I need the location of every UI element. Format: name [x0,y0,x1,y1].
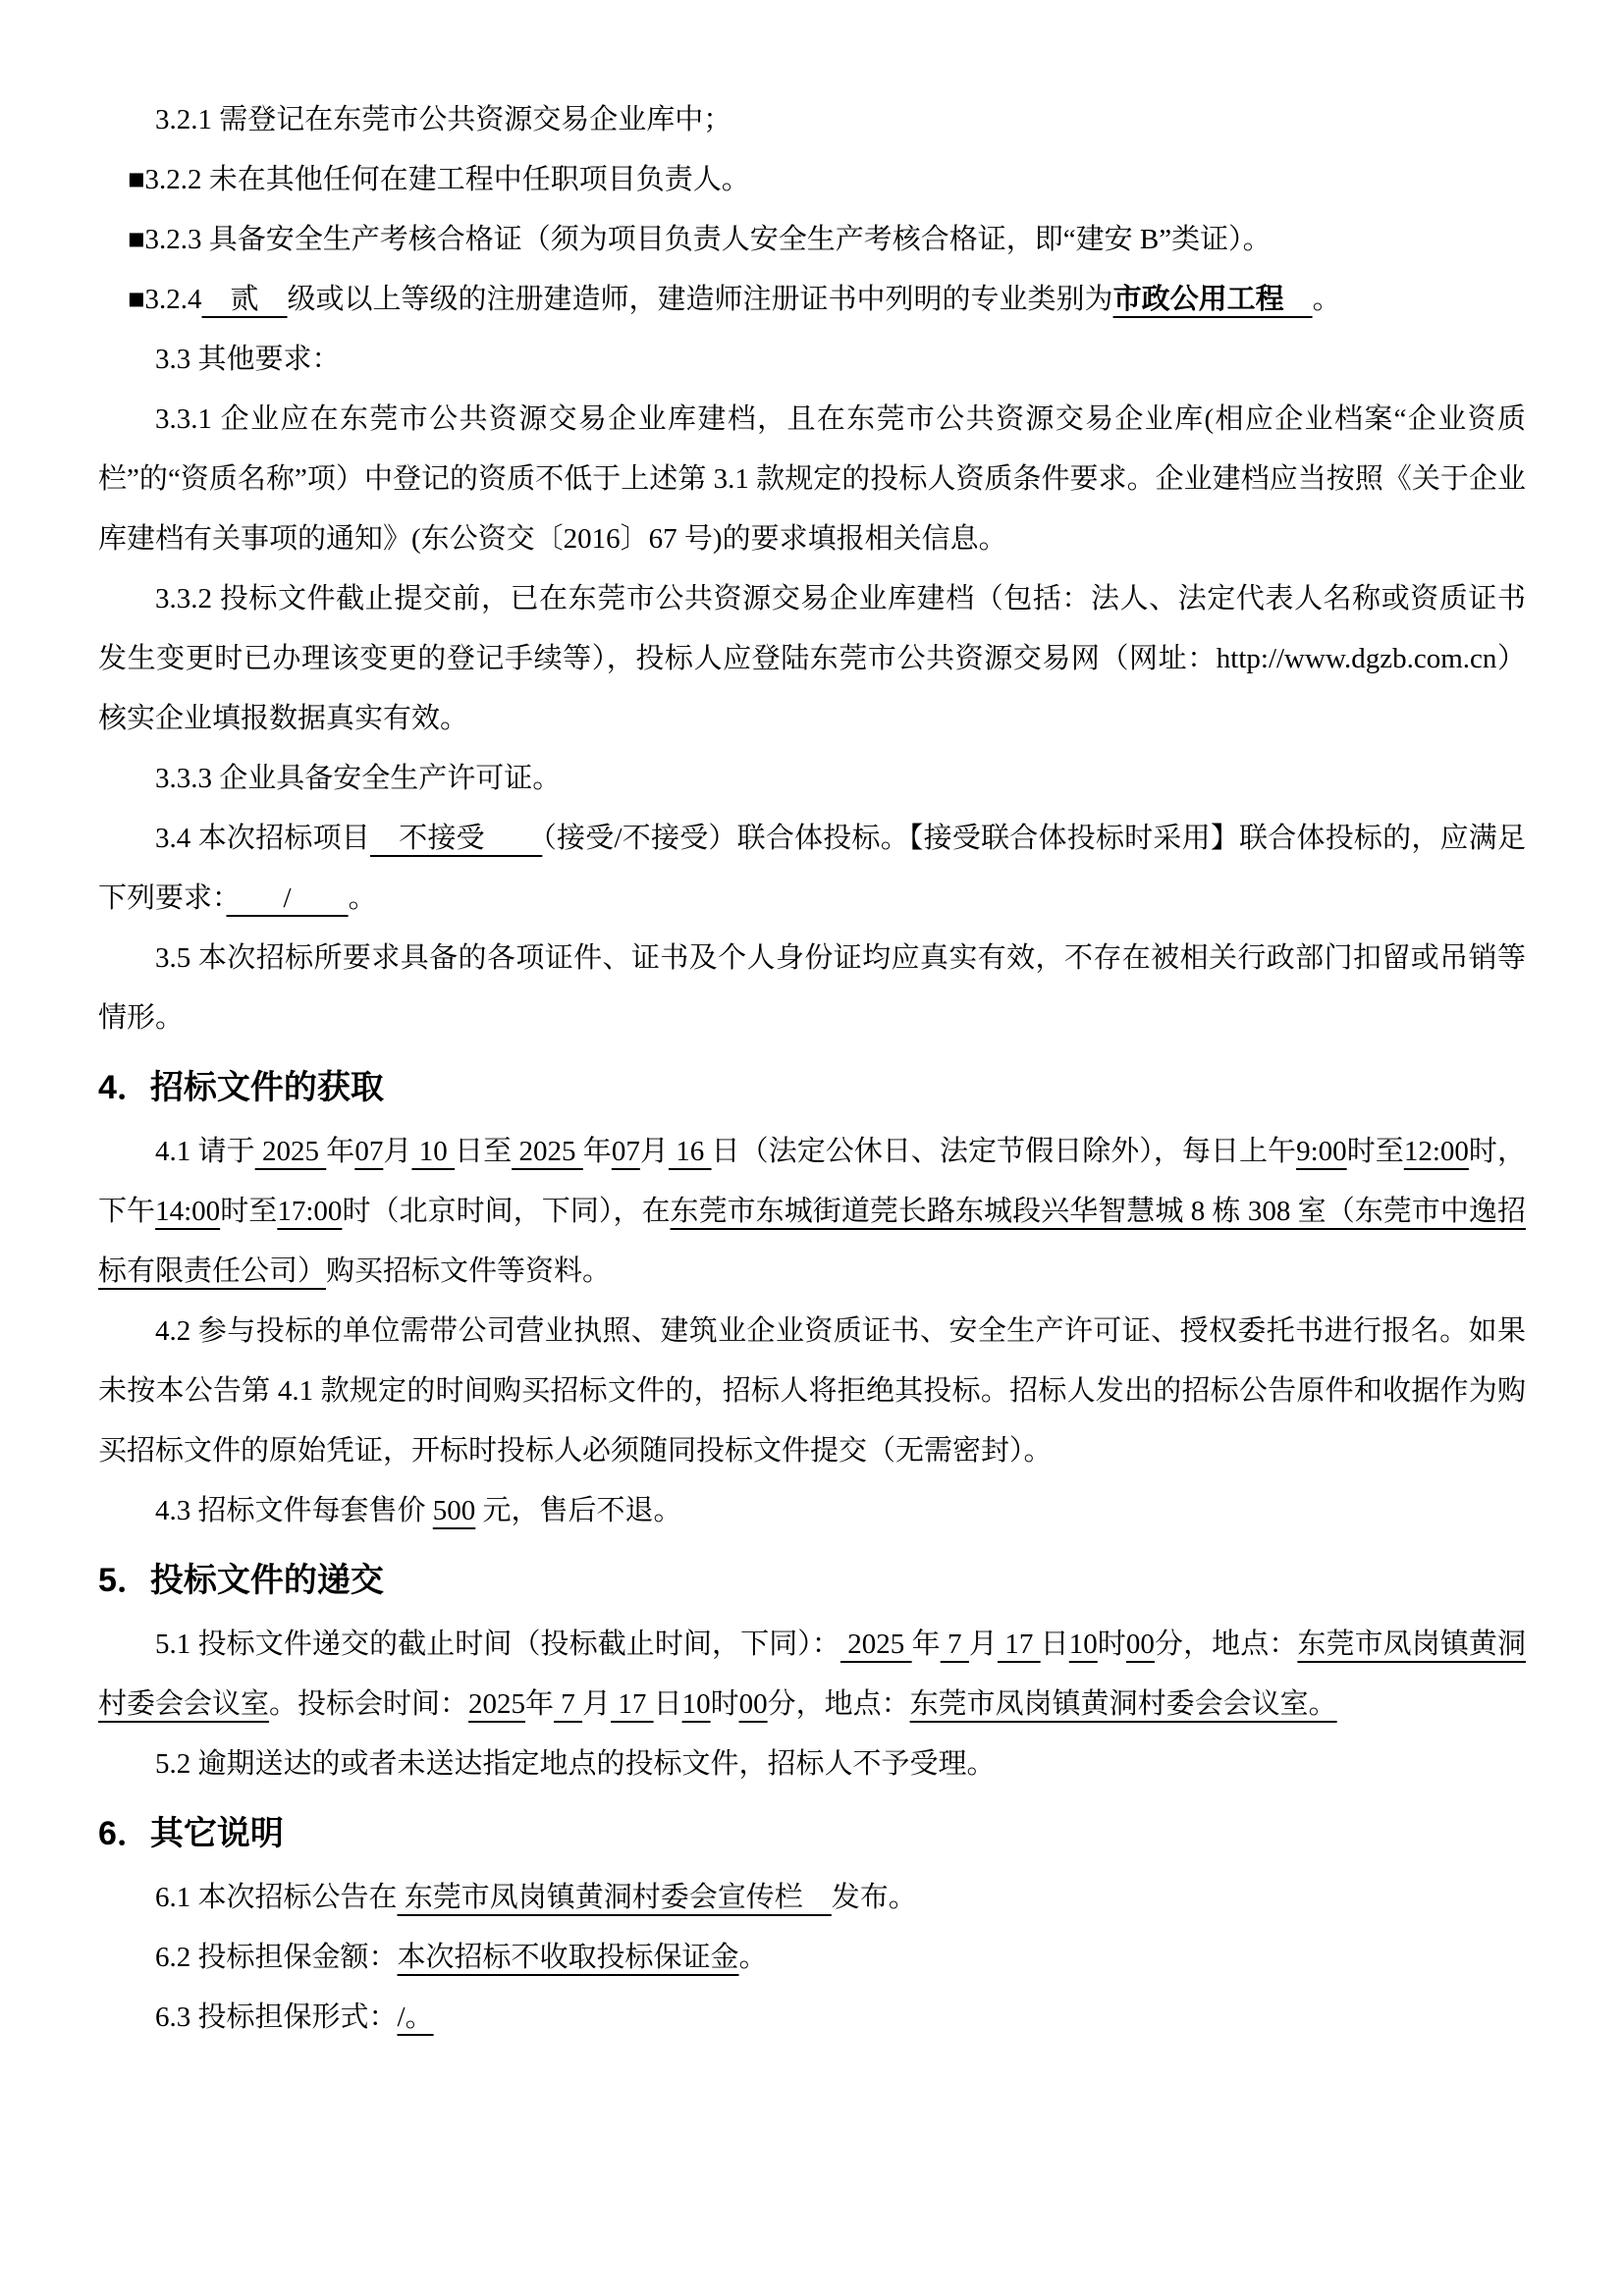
clause-5-2: 5.2 逾期送达的或者未送达指定地点的投标文件，招标人不予受理。 [98,1735,1526,1794]
clause-4-1: 4.1 请于 2025 年07月 10 日至 2025 年07月 16 日（法定… [98,1122,1526,1302]
deadline-month-blank: 7 [941,1629,969,1660]
text-run: 发布。 [832,1882,917,1913]
text-run: 时至 [220,1196,277,1227]
clause-3-2-1: 3.2.1 需登记在东莞市公共资源交易企业库中； [98,90,1526,150]
meeting-month-blank: 7 [554,1688,582,1720]
text-run: ■3.2.4 [128,284,202,315]
heading-text: 5．投标文件的递交 [98,1562,384,1599]
am-end-time-blank: 12:00 [1404,1136,1469,1167]
start-day-blank: 10 [411,1136,455,1167]
clause-6-2: 6.2 投标担保金额：本次招标不收取投标保证金。 [98,1928,1526,1988]
text-run: 3.3.1 企业应在东莞市公共资源交易企业库建档，且在东莞市公共资源交易企业库(… [98,403,1526,555]
specialty-blank: 市政公用工程 [1113,284,1313,315]
text-run: ■3.2.3 具备安全生产考核合格证（须为项目负责人安全生产考核合格证，即“建安… [128,224,1272,255]
clause-3-5: 3.5 本次招标所要求具备的各项证件、证书及个人身份证均应真实有效，不存在被相关… [98,929,1526,1048]
text-run: 3.3 其他要求： [155,344,341,375]
section-heading-5: 5．投标文件的递交 [98,1551,1526,1611]
clause-3-2-3: ■3.2.3 具备安全生产考核合格证（须为项目负责人安全生产考核合格证，即“建安… [98,210,1526,270]
text-run: 5.2 逾期送达的或者未送达指定地点的投标文件，招标人不予受理。 [155,1748,996,1780]
text-run: 日 [1041,1629,1069,1660]
deadline-day-blank: 17 [998,1629,1041,1660]
text-run: 年 [583,1136,612,1167]
end-day-blank: 16 [669,1136,712,1167]
text-run: 时至 [1347,1136,1404,1167]
pm-start-time-blank: 14:00 [155,1196,220,1227]
bid-bond-form-blank: /。 [398,2002,434,2033]
text-run: 时 [1098,1629,1126,1660]
text-run: 月 [383,1136,411,1167]
text-run: 3.4 本次招标项目 [155,823,370,854]
heading-text: 6．其它说明 [98,1815,284,1852]
end-year-blank: 2025 [512,1136,583,1167]
start-year-blank: 2025 [255,1136,327,1167]
text-run: 年 [525,1688,554,1720]
text-run: 。 [739,1942,768,1973]
text-run: 月 [969,1629,998,1660]
text-run: 购买招标文件等资料。 [326,1255,611,1287]
document-page: 3.2.1 需登记在东莞市公共资源交易企业库中； ■3.2.2 未在其他任何在建… [0,0,1624,2296]
text-run: 5.1 投标文件递交的截止时间（投标截止时间，下同）： [155,1629,840,1660]
section-heading-4: 4．招标文件的获取 [98,1058,1526,1118]
clause-5-1: 5.1 投标文件递交的截止时间（投标截止时间，下同）： 2025 年 7 月 1… [98,1615,1526,1735]
text-run: 4.3 招标文件每套售价 [155,1495,433,1526]
text-run: 3.3.3 企业具备安全生产许可证。 [155,763,561,794]
meeting-minute-blank: 00 [739,1688,768,1720]
text-run: 。 [1313,284,1341,315]
text-run: 时（北京时间，下同），在 [342,1196,670,1227]
clause-6-1: 6.1 本次招标公告在 东莞市凤岗镇黄洞村委会宣传栏 发布。 [98,1868,1526,1928]
text-run: 。 [349,882,377,914]
section-heading-6: 6．其它说明 [98,1804,1526,1864]
clause-3-3-2: 3.3.2 投标文件截止提交前，已在东莞市公共资源交易企业库建档（包括：法人、法… [98,569,1526,749]
text-run: 日至 [455,1136,512,1167]
meeting-hour-blank: 10 [682,1688,711,1720]
text-run: 4.1 请于 [155,1136,255,1167]
text-run: 元，售后不退。 [475,1495,681,1526]
clause-3-3-3: 3.3.3 企业具备安全生产许可证。 [98,749,1526,809]
text-run: 分，地点： [1155,1629,1298,1660]
text-run: 6.2 投标担保金额： [155,1942,398,1973]
deadline-minute-blank: 00 [1126,1629,1155,1660]
text-run: 时 [711,1688,739,1720]
heading-text: 4．招标文件的获取 [98,1069,384,1106]
text-run: 4.2 参与投标的单位需带公司营业执照、建筑业企业资质证书、安全生产许可证、授权… [98,1315,1526,1467]
clause-4-3: 4.3 招标文件每套售价 500 元，售后不退。 [98,1481,1526,1541]
meeting-year-blank: 2025 [468,1688,525,1720]
text-run: 月 [640,1136,669,1167]
clause-3-2-2: ■3.2.2 未在其他任何在建工程中任职项目负责人。 [98,150,1526,210]
text-run: 3.5 本次招标所要求具备的各项证件、证书及个人身份证均应真实有效，不存在被相关… [98,942,1526,1034]
text-run: ■3.2.2 未在其他任何在建工程中任职项目负责人。 [128,164,750,195]
text-run: 3.2.1 需登记在东莞市公共资源交易企业库中； [155,104,731,135]
text-run: 级或以上等级的注册建造师，建造师注册证书中列明的专业类别为 [288,284,1113,315]
text-run: 月 [582,1688,611,1720]
clause-3-3-1: 3.3.1 企业应在东莞市公共资源交易企业库建档，且在东莞市公共资源交易企业库(… [98,390,1526,569]
meeting-day-blank: 17 [611,1688,654,1720]
clause-3-4: 3.4 本次招标项目 不接受 （接受/不接受）联合体投标。【接受联合体投标时采用… [98,809,1526,929]
text-run: 6.3 投标担保形式： [155,2002,398,2033]
text-run: 3.3.2 投标文件截止提交前，已在东莞市公共资源交易企业库建档（包括：法人、法… [98,583,1526,734]
clause-3-3: 3.3 其他要求： [98,330,1526,390]
text-run: 分，地点： [768,1688,910,1720]
text-run: 年 [912,1629,941,1660]
meeting-place-blank: 东莞市凤岗镇黄洞村委会会议室。 [910,1688,1337,1720]
text-run: 。投标会时间： [269,1688,468,1720]
bid-bond-amount-blank: 本次招标不收取投标保证金 [398,1942,739,1973]
start-month-blank: 07 [354,1136,383,1167]
text-run: 6.1 本次招标公告在 [155,1882,398,1913]
builder-grade-blank: 贰 [202,284,288,315]
am-start-time-blank: 9:00 [1296,1136,1347,1167]
joint-bid-requirement-blank: / [227,882,349,914]
deadline-year-blank: 2025 [840,1629,912,1660]
text-run: 日（法定公休日、法定节假日除外），每日上午 [712,1136,1297,1167]
text-run: 年 [326,1136,354,1167]
pm-end-time-blank: 17:00 [277,1196,342,1227]
joint-bid-acceptance-blank: 不接受 [370,823,542,854]
announcement-venue-blank: 东莞市凤岗镇黄洞村委会宣传栏 [398,1882,832,1913]
text-run: 日 [654,1688,682,1720]
clause-3-2-4: ■3.2.4 贰 级或以上等级的注册建造师，建造师注册证书中列明的专业类别为市政… [98,270,1526,330]
end-month-blank: 07 [612,1136,640,1167]
deadline-hour-blank: 10 [1069,1629,1098,1660]
document-price-blank: 500 [433,1495,476,1526]
clause-6-3: 6.3 投标担保形式：/。 [98,1988,1526,2048]
clause-4-2: 4.2 参与投标的单位需带公司营业执照、建筑业企业资质证书、安全生产许可证、授权… [98,1302,1526,1481]
